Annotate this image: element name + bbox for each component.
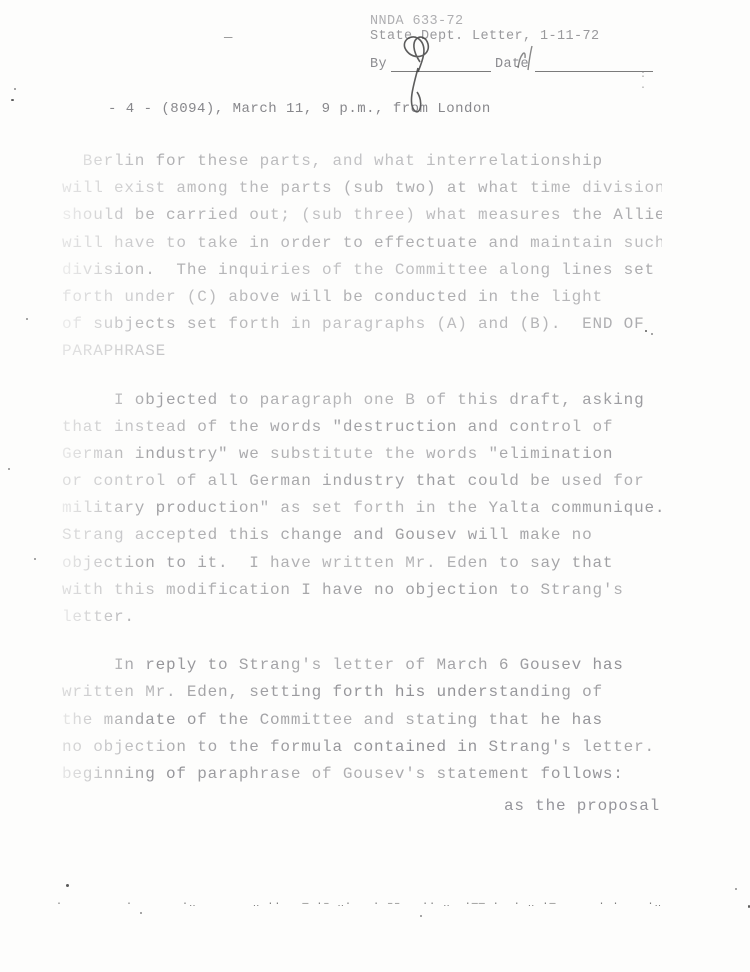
handwritten-date-mark (512, 42, 546, 76)
text-line: Berlin for these parts, and what interre… (62, 148, 662, 175)
scan-speck (66, 884, 69, 887)
text-line: should be carried out; (sub three) what … (62, 202, 662, 229)
scan-speck (735, 888, 737, 890)
margin-dash-mark: — (224, 30, 232, 46)
text-line: letter. (62, 604, 662, 631)
stamp-by-label: By (370, 57, 387, 72)
text-line: forth under (C) above will be conducted … (62, 284, 662, 311)
paragraph: I objected to paragraph one B of this dr… (62, 387, 662, 632)
stamp-stray-marks: : . (640, 70, 654, 92)
text-line: division. The inquiries of the Committee… (62, 257, 662, 284)
text-line: no objection to the formula contained in… (62, 734, 662, 761)
stamp-date-blank (535, 57, 653, 72)
text-line: beginning of paraphrase of Gousev's stat… (62, 761, 662, 788)
text-line: will exist among the parts (sub two) at … (62, 175, 662, 202)
text-line: written Mr. Eden, setting forth his unde… (62, 679, 662, 706)
catchword-line: as the proposal (62, 797, 660, 815)
text-line: of subjects set forth in paragraphs (A) … (62, 311, 662, 338)
scan-speck (34, 558, 36, 560)
bottom-scan-noise: · · ·‥ ‥ ·· — ·– ‥· · –– ·· ‥ ·—— · · ‥ … (56, 898, 746, 910)
scan-speck (11, 99, 14, 101)
scan-speck (420, 915, 422, 917)
telegram-header-line: - 4 - (8094), March 11, 9 p.m., from Lon… (108, 101, 491, 117)
text-line: that instead of the words "destruction a… (62, 414, 662, 441)
stamp-review-number: NNDA 633-72 (370, 14, 745, 29)
text-line: objection to it. I have written Mr. Eden… (62, 550, 662, 577)
text-line: In reply to Strang's letter of March 6 G… (62, 652, 662, 679)
scan-speck (8, 468, 10, 470)
text-line: German industry" we substitute the words… (62, 441, 662, 468)
scanned-document-page: — NNDA 633-72 State Dept. Letter, 1-11-7… (0, 0, 750, 972)
text-line: I objected to paragraph one B of this dr… (62, 387, 662, 414)
scan-speck (14, 88, 16, 90)
paragraph: In reply to Strang's letter of March 6 G… (62, 652, 662, 788)
text-line: PARAPHRASE (62, 338, 662, 365)
text-line: will have to take in order to effectuate… (62, 230, 662, 257)
text-line: Strang accepted this change and Gousev w… (62, 522, 662, 549)
body-text: Berlin for these parts, and what interre… (62, 148, 662, 788)
text-line: the mandate of the Committee and stating… (62, 707, 662, 734)
scan-speck (26, 318, 28, 320)
paragraph: Berlin for these parts, and what interre… (62, 148, 662, 366)
text-line: military production" as set forth in the… (62, 495, 662, 522)
scan-speck (140, 912, 142, 914)
text-line: with this modification I have no objecti… (62, 577, 662, 604)
text-line: or control of all German industry that c… (62, 468, 662, 495)
